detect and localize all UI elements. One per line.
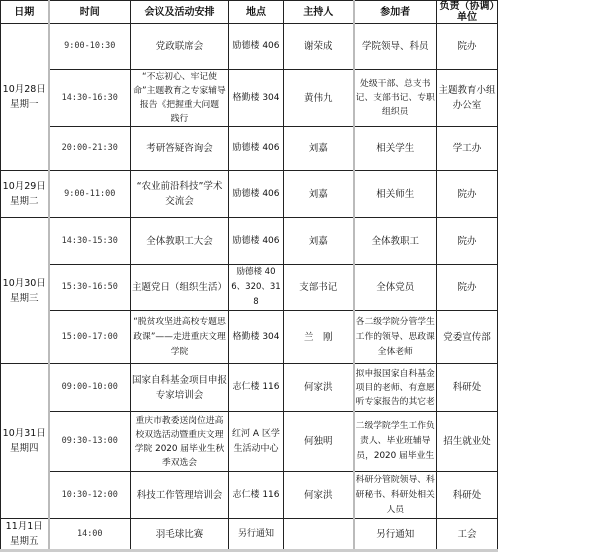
header-date: 日期	[1, 1, 49, 24]
attendees-cell: 全体教职工	[354, 218, 437, 265]
event-cell: “脱贫攻坚进高校专题思政课”——走进重庆文理学院	[131, 311, 229, 364]
location-cell: 励德楼 406	[229, 127, 284, 171]
table-row: 15:00-17:00 “脱贫攻坚进高校专题思政课”——走进重庆文理学院 格勤楼…	[1, 311, 498, 364]
event-cell: 科技工作管理培训会	[131, 472, 229, 519]
unit-cell: 招生就业处	[437, 412, 498, 472]
header-unit: 负责（协调）单位	[437, 1, 498, 24]
attendees-cell: 相关学生	[354, 127, 437, 171]
location-cell: 格勤楼 304	[229, 70, 284, 127]
table-row: 10:30-12:00 科技工作管理培训会 志仁楼 116 何家洪 科研分管院领…	[1, 472, 498, 519]
table-row: 10月28日 星期一 9:00-10:30 党政联席会 励德楼 406 谢荣成 …	[1, 24, 498, 70]
header-event: 会议及活动安排	[131, 1, 229, 24]
location-cell: 格勤楼 304	[229, 311, 284, 364]
date-cell: 10月30日 星期三	[1, 218, 49, 364]
unit-cell: 党委宣传部	[437, 311, 498, 364]
attendees-cell: 学院领导、科员	[354, 24, 437, 70]
table-row: 15:30-16:50 主题党日（组织生活） 励德楼 406、320、318 支…	[1, 265, 498, 311]
location-cell: 红河 A 区学生活动中心	[229, 412, 284, 472]
unit-cell: 院办	[437, 265, 498, 311]
attendees-cell: 另行通知	[354, 519, 437, 551]
header-location: 地点	[229, 1, 284, 24]
unit-cell: 工会	[437, 519, 498, 551]
header-row: 日期 时间 会议及活动安排 地点 主持人 参加者 负责（协调）单位	[1, 1, 498, 24]
event-cell: “农业前沿科技”学术交流会	[131, 171, 229, 218]
header-time: 时间	[49, 1, 131, 24]
table-row: 10月29日 星期二 9:00-11:00 “农业前沿科技”学术交流会 励德楼 …	[1, 171, 498, 218]
unit-cell: 学工办	[437, 127, 498, 171]
event-cell: 国家自科基金项目申报专家培训会	[131, 364, 229, 412]
attendees-cell: 各二级学院分管学生工作的领导、思政课全体老师	[354, 311, 437, 364]
time-cell: 14:30-16:30	[49, 70, 131, 127]
host-cell: 谢荣成	[284, 24, 354, 70]
date-cell: 10月31日 星期四	[1, 364, 49, 519]
host-cell: 刘嘉	[284, 127, 354, 171]
header-host: 主持人	[284, 1, 354, 24]
event-cell: 全体教职工大会	[131, 218, 229, 265]
time-cell: 09:00-10:00	[49, 364, 131, 412]
host-cell: 何家洪	[284, 472, 354, 519]
unit-cell: 院办	[437, 218, 498, 265]
table-row: 14:30-16:30 “不忘初心、牢记使命”主题教育之专家辅导报告《把握重大问…	[1, 70, 498, 127]
location-cell: 励德楼 406	[229, 171, 284, 218]
unit-cell: 主题教育小组办公室	[437, 70, 498, 127]
unit-cell: 科研处	[437, 364, 498, 412]
host-cell: 刘嘉	[284, 171, 354, 218]
time-cell: 14:00	[49, 519, 131, 551]
event-cell: 考研答疑咨询会	[131, 127, 229, 171]
host-cell	[284, 519, 354, 551]
header-attendees: 参加者	[354, 1, 437, 24]
time-cell: 9:00-11:00	[49, 171, 131, 218]
table-row: 11月1日 星期五 14:00 羽毛球比赛 另行通知 另行通知 工会	[1, 519, 498, 551]
table-row: 10月31日 星期四 09:00-10:00 国家自科基金项目申报专家培训会 志…	[1, 364, 498, 412]
schedule-table: 日期 时间 会议及活动安排 地点 主持人 参加者 负责（协调）单位 10月28日…	[0, 0, 498, 552]
location-cell: 励德楼 406	[229, 24, 284, 70]
attendees-cell: 拟申报国家自科基金项目的老师、有意愿听专家报告的其它老	[354, 364, 437, 412]
time-cell: 9:00-10:30	[49, 24, 131, 70]
time-cell: 09:30-13:00	[49, 412, 131, 472]
unit-cell: 院办	[437, 24, 498, 70]
table-row: 09:30-13:00 重庆市教委送岗位进高校双选活动暨重庆文理学院 2020 …	[1, 412, 498, 472]
location-cell: 志仁楼 116	[229, 472, 284, 519]
table-row: 10月30日 星期三 14:30-15:30 全体教职工大会 励德楼 406 刘…	[1, 218, 498, 265]
date-cell: 11月1日 星期五	[1, 519, 49, 551]
host-cell: 何家洪	[284, 364, 354, 412]
date-cell: 10月29日 星期二	[1, 171, 49, 218]
unit-cell: 科研处	[437, 472, 498, 519]
event-cell: “不忘初心、牢记使命”主题教育之专家辅导报告《把握重大问题 践行	[131, 70, 229, 127]
attendees-cell: 处级干部、总支书记、支部书记、专职组织员	[354, 70, 437, 127]
host-cell: 黄伟九	[284, 70, 354, 127]
table-row: 20:00-21:30 考研答疑咨询会 励德楼 406 刘嘉 相关学生 学工办	[1, 127, 498, 171]
time-cell: 20:00-21:30	[49, 127, 131, 171]
attendees-cell: 科研分管院领导、科研秘书、科研处相关人员	[354, 472, 437, 519]
host-cell: 何独明	[284, 412, 354, 472]
location-cell: 另行通知	[229, 519, 284, 551]
event-cell: 主题党日（组织生活）	[131, 265, 229, 311]
time-cell: 15:00-17:00	[49, 311, 131, 364]
time-cell: 10:30-12:00	[49, 472, 131, 519]
location-cell: 志仁楼 116	[229, 364, 284, 412]
attendees-cell: 二级学院学生工作负责人、毕业班辅导员，2020 届毕业生	[354, 412, 437, 472]
attendees-cell: 全体党员	[354, 265, 437, 311]
event-cell: 党政联席会	[131, 24, 229, 70]
host-cell: 支部书记	[284, 265, 354, 311]
attendees-cell: 相关师生	[354, 171, 437, 218]
unit-cell: 院办	[437, 171, 498, 218]
location-cell: 励德楼 406	[229, 218, 284, 265]
event-cell: 羽毛球比赛	[131, 519, 229, 551]
time-cell: 14:30-15:30	[49, 218, 131, 265]
time-cell: 15:30-16:50	[49, 265, 131, 311]
host-cell: 兰 刚	[284, 311, 354, 364]
event-cell: 重庆市教委送岗位进高校双选活动暨重庆文理学院 2020 届毕业生秋季双选会	[131, 412, 229, 472]
location-cell: 励德楼 406、320、318	[229, 265, 284, 311]
host-cell: 刘嘉	[284, 218, 354, 265]
date-cell: 10月28日 星期一	[1, 24, 49, 171]
